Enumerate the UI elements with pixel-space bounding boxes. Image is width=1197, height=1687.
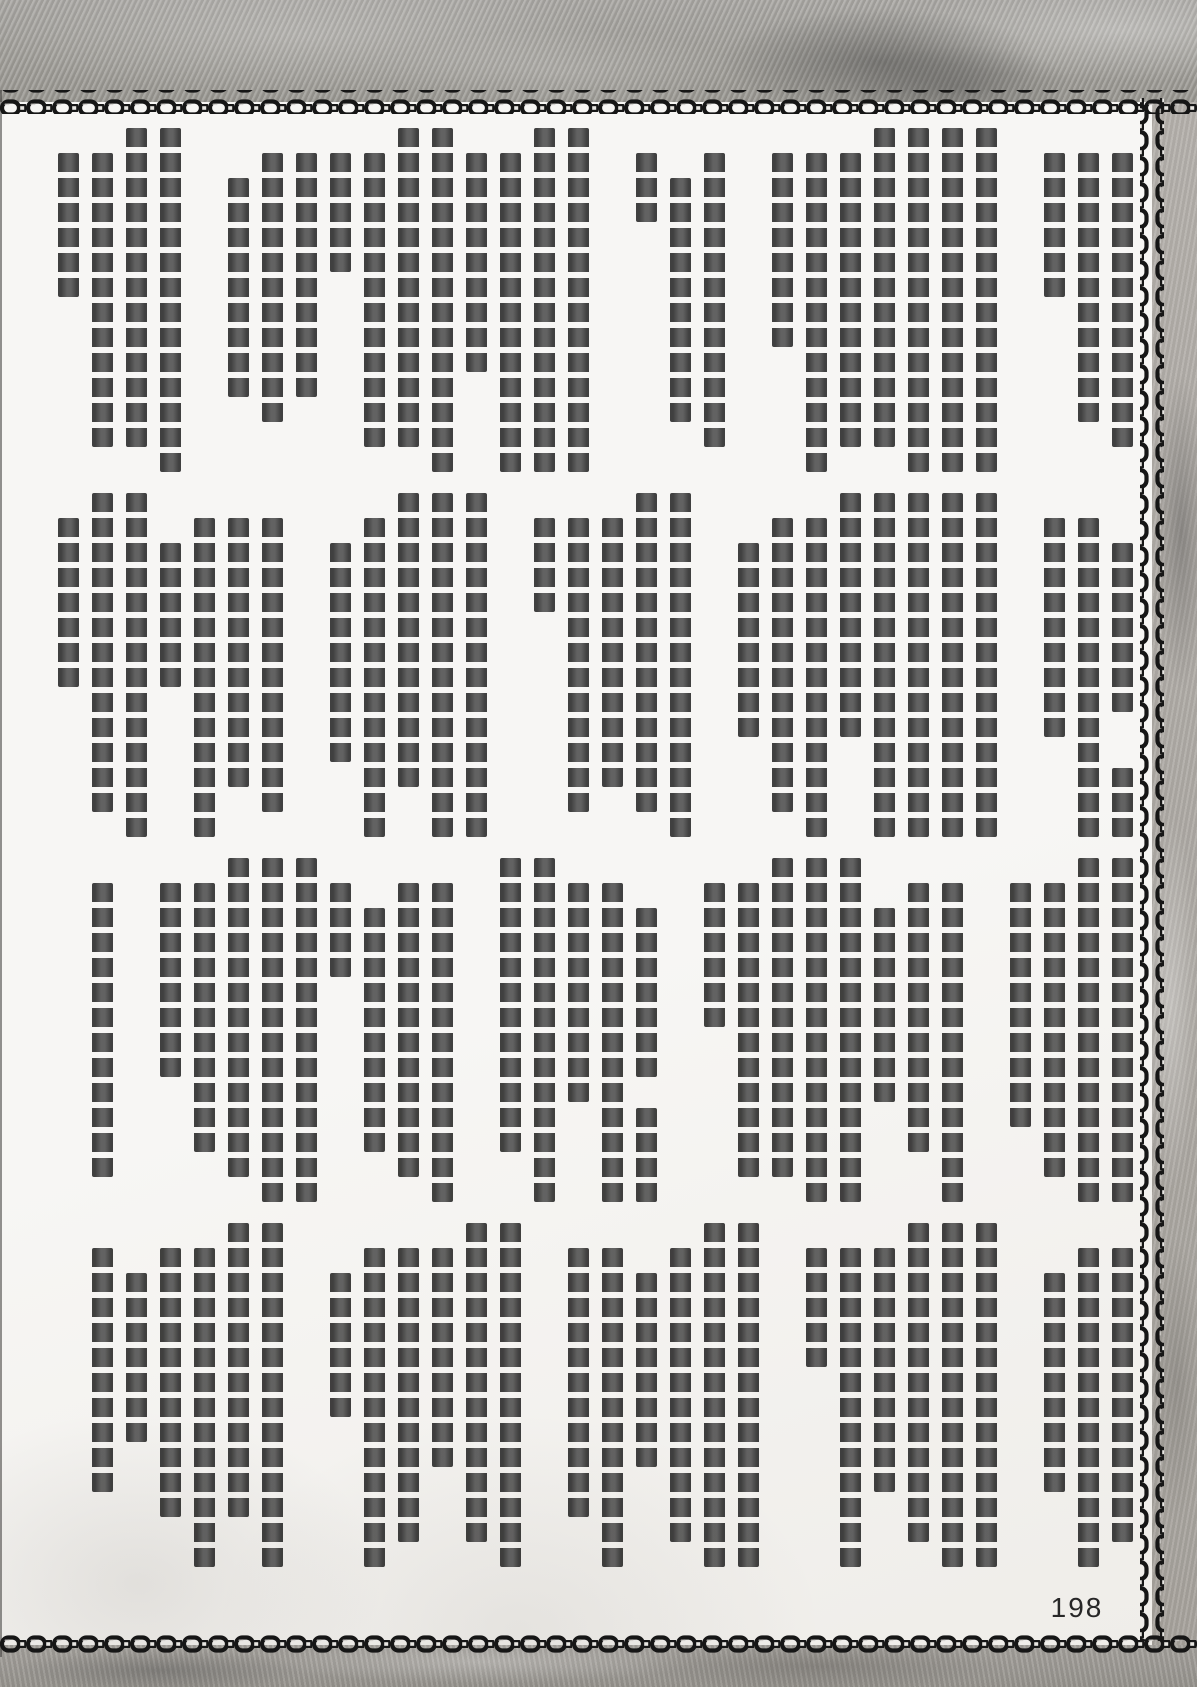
right-chain-border bbox=[1140, 98, 1164, 1641]
scanned-book-page: { "page": { "number": "198", "script": "… bbox=[0, 0, 1197, 1687]
bottom-chain-border bbox=[0, 1633, 1197, 1657]
top-chain-border bbox=[0, 90, 1197, 114]
chain-border-frame bbox=[0, 0, 1197, 1687]
